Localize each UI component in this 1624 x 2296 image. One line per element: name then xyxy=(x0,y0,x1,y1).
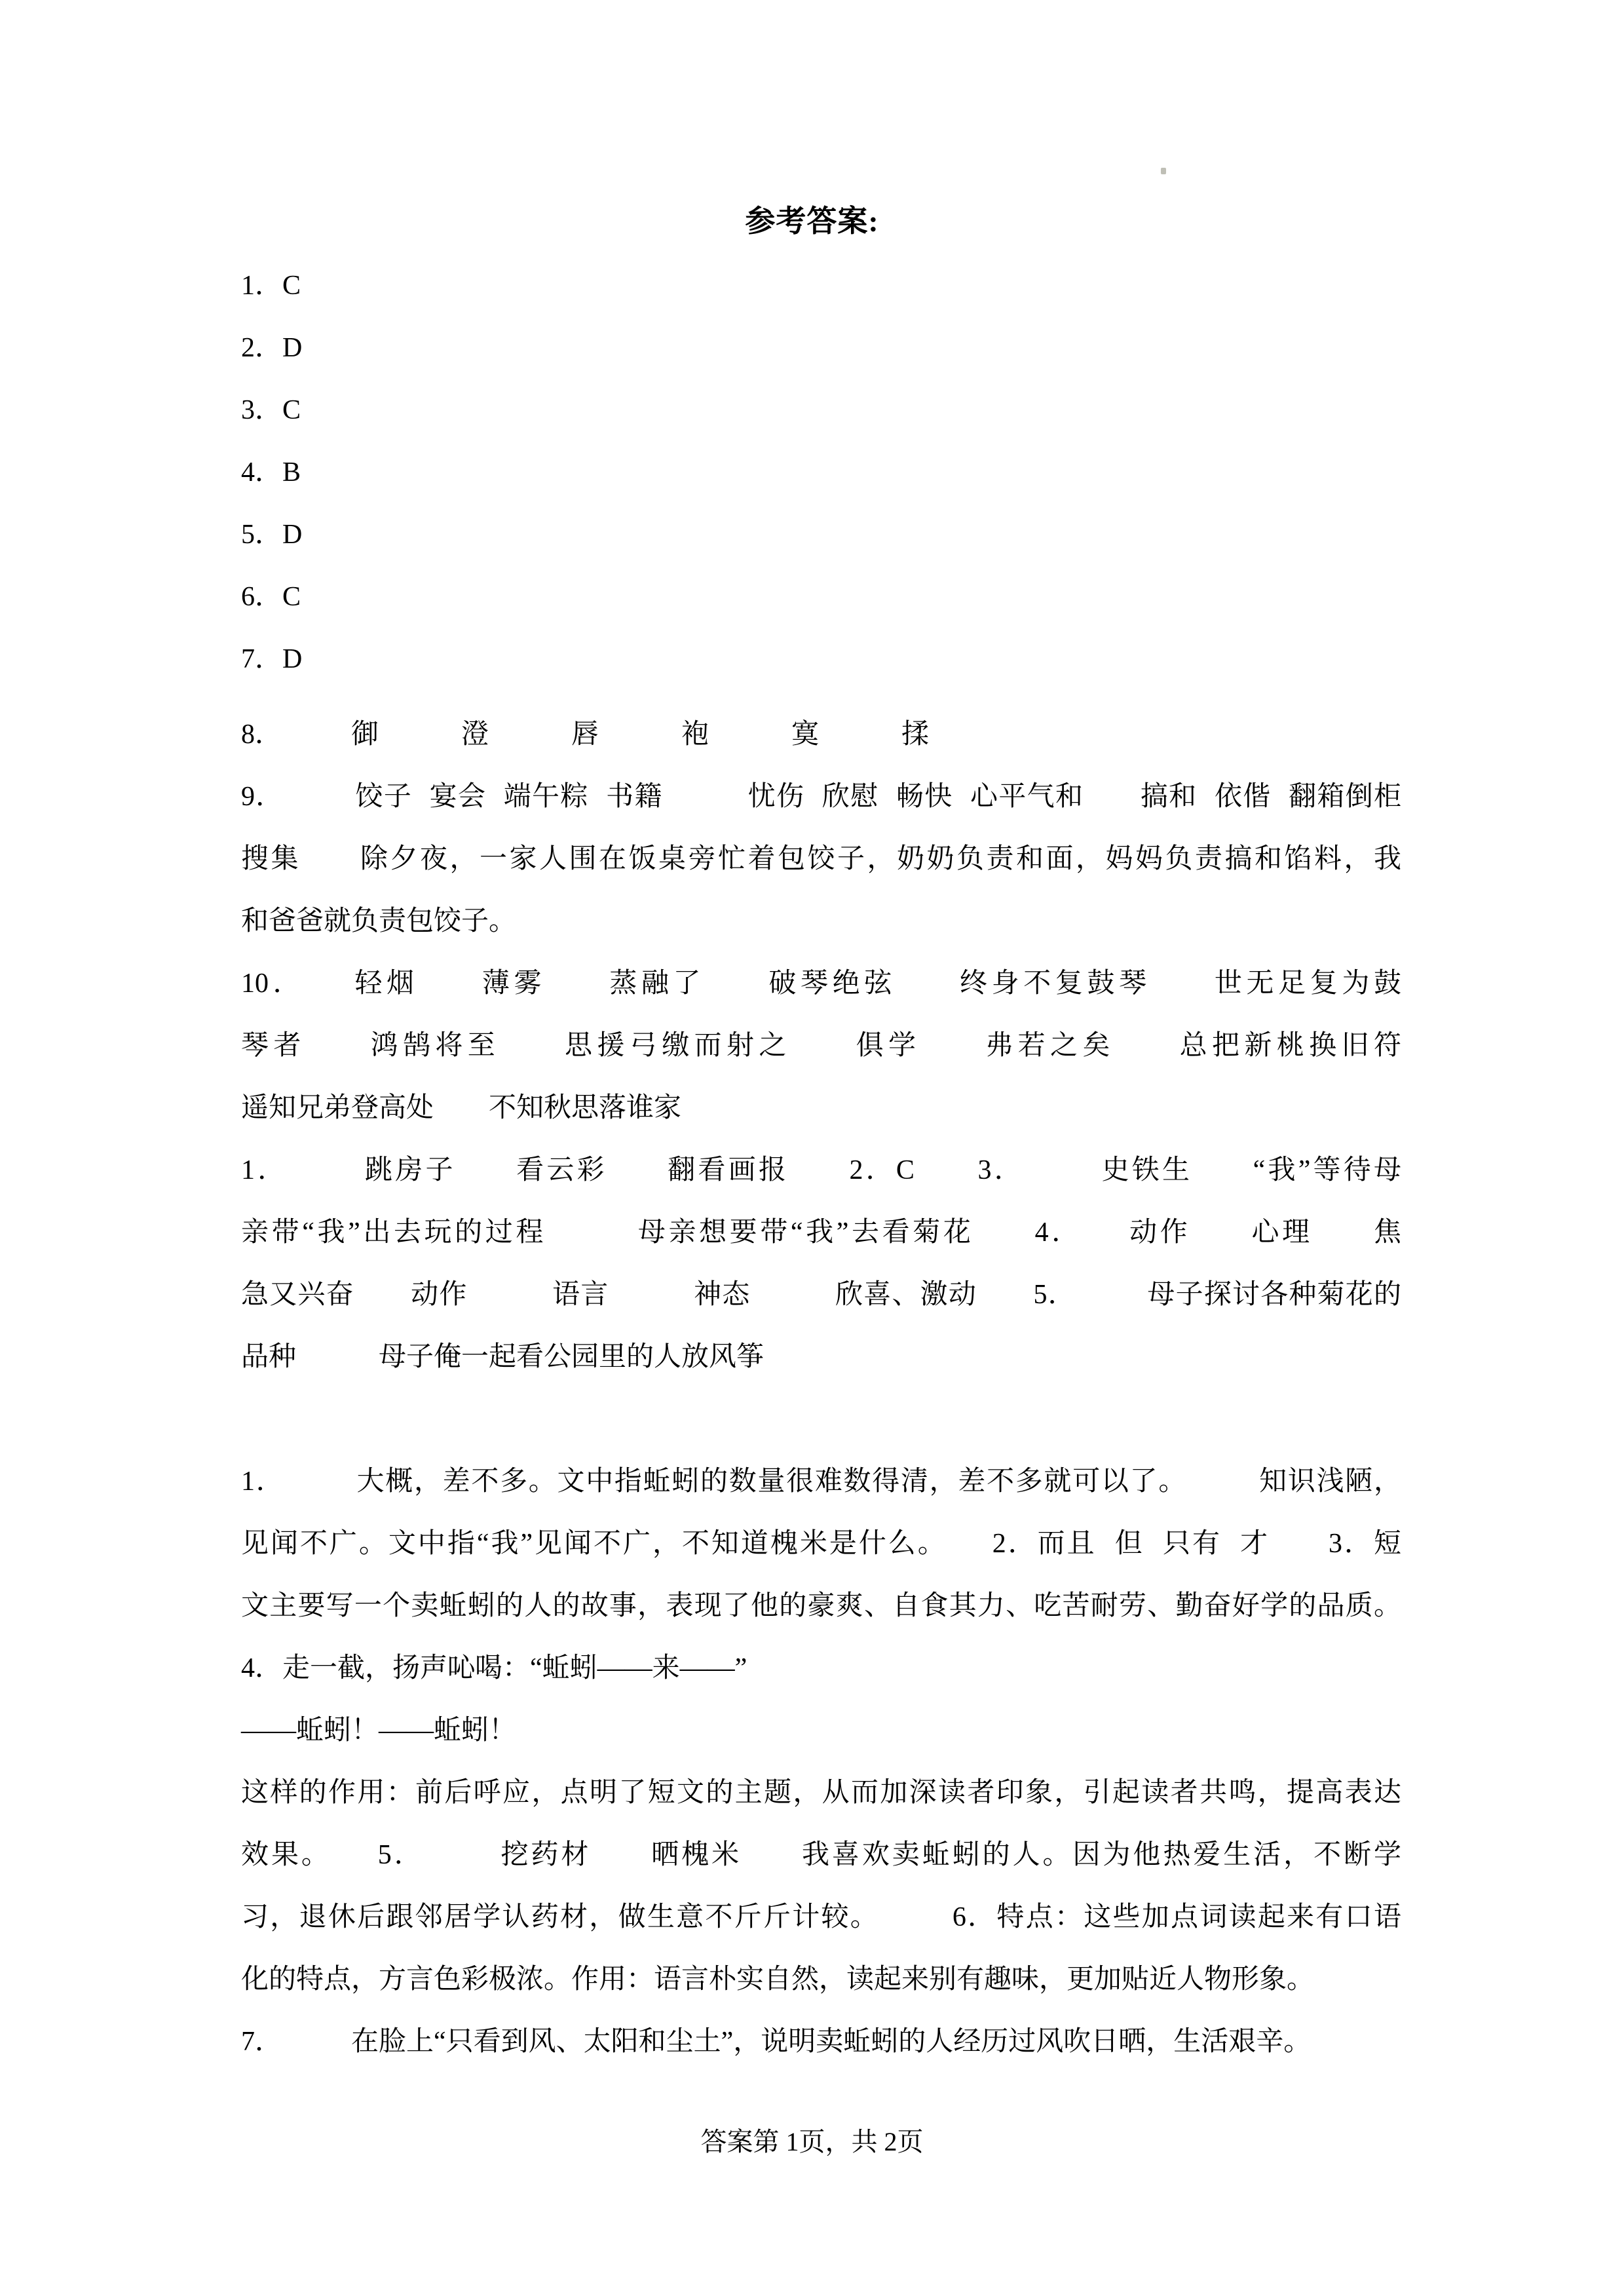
text-line: 琴者 鸿鹄将至 思援弓缴而射之 俱学 弗若之矣 总把新桃换旧符 xyxy=(241,1015,1401,1077)
text-line: 1． 跳房子 看云彩 翻看画报 2．C 3． 史铁生 “我”等待母 xyxy=(241,1139,1401,1202)
text-line: 3．C xyxy=(241,379,1401,442)
page-title: 参考答案: xyxy=(0,0,1624,239)
text-line: 文主要写一个卖蚯蚓的人的故事，表现了他的豪爽、自食其力、吃苦耐劳、勤奋好学的品质… xyxy=(241,1575,1401,1637)
text-line: 习，退休后跟邻居学认药材，做生意不斤斤计较。 6．特点：这些加点词读起来有口语 xyxy=(241,1886,1401,1949)
text-line: 这样的作用：前后呼应，点明了短文的主题，从而加深读者印象，引起读者共鸣，提高表达 xyxy=(241,1762,1401,1824)
answer-lines: 1．C2．D3．C4．B5．D6．C7．D8． 御 澄 唇 袍 寞 揉9． 饺子… xyxy=(241,255,1401,2073)
text-line: 10． 轻烟 薄雾 蒸融了 破琴绝弦 终身不复鼓琴 世无足复为鼓 xyxy=(241,953,1401,1015)
text-line: 6．C xyxy=(241,566,1401,628)
text-line: 和爸爸就负责包饺子。 xyxy=(241,890,1401,953)
answer-sheet-page: 参考答案: 1．C2．D3．C4．B5．D6．C7．D8． 御 澄 唇 袍 寞 … xyxy=(0,0,1624,2296)
text-line: 2．D xyxy=(241,317,1401,379)
text-line: 化的特点，方言色彩极浓。作用：语言朴实自然，读起来别有趣味，更加贴近人物形象。 xyxy=(241,1949,1401,2011)
text-line: 遥知兄弟登高处 不知秋思落谁家 xyxy=(241,1077,1401,1139)
text-line: 4．走一截，扬声吣喝：“蚯蚓——来——” xyxy=(241,1637,1401,1700)
stray-mark xyxy=(1161,168,1166,174)
text-line: 8． 御 澄 唇 袍 寞 揉 xyxy=(241,704,1401,766)
text-line: 7．D xyxy=(241,628,1401,691)
text-line: 9． 饺子 宴会 端午粽 书籍 忧伤 欣慰 畅快 心平气和 搞和 依偕 翻箱倒柜 xyxy=(241,766,1401,828)
text-line: 急又兴奋 动作 语言 神态 欣喜、激动 5． 母子探讨各种菊花的 xyxy=(241,1264,1401,1326)
text-line: 4．B xyxy=(241,442,1401,504)
text-line: 搜集 除夕夜，一家人围在饭桌旁忙着包饺子，奶奶负责和面，妈妈负责搞和馅料，我 xyxy=(241,828,1401,890)
text-line xyxy=(241,1388,1401,1451)
text-line: 1． 大概，差不多。文中指蚯蚓的数量很难数得清，差不多就可以了。 知识浅陋， xyxy=(241,1451,1401,1513)
text-line: 见闻不广。文中指“我”见闻不广，不知道槐米是什么。 2．而且 但 只有 才 3．… xyxy=(241,1513,1401,1575)
text-line: 品种 母子俺一起看公园里的人放风筝 xyxy=(241,1326,1401,1388)
text-line: 亲带“我”出去玩的过程 母亲想要带“我”去看菊花 4． 动作 心理 焦 xyxy=(241,1202,1401,1264)
page-footer: 答案第 1页，共 2页 xyxy=(0,2122,1624,2162)
text-line: 1．C xyxy=(241,255,1401,317)
text-line: 效果。 5． 挖药材 晒槐米 我喜欢卖蚯蚓的人。因为他热爱生活，不断学 xyxy=(241,1824,1401,1886)
text-line: ——蚯蚓！——蚯蚓！ xyxy=(241,1700,1401,1762)
text-line: 5．D xyxy=(241,504,1401,566)
text-line: 7． 在脸上“只看到风、太阳和尘土”，说明卖蚯蚓的人经历过风吹日晒，生活艰辛。 xyxy=(241,2011,1401,2073)
